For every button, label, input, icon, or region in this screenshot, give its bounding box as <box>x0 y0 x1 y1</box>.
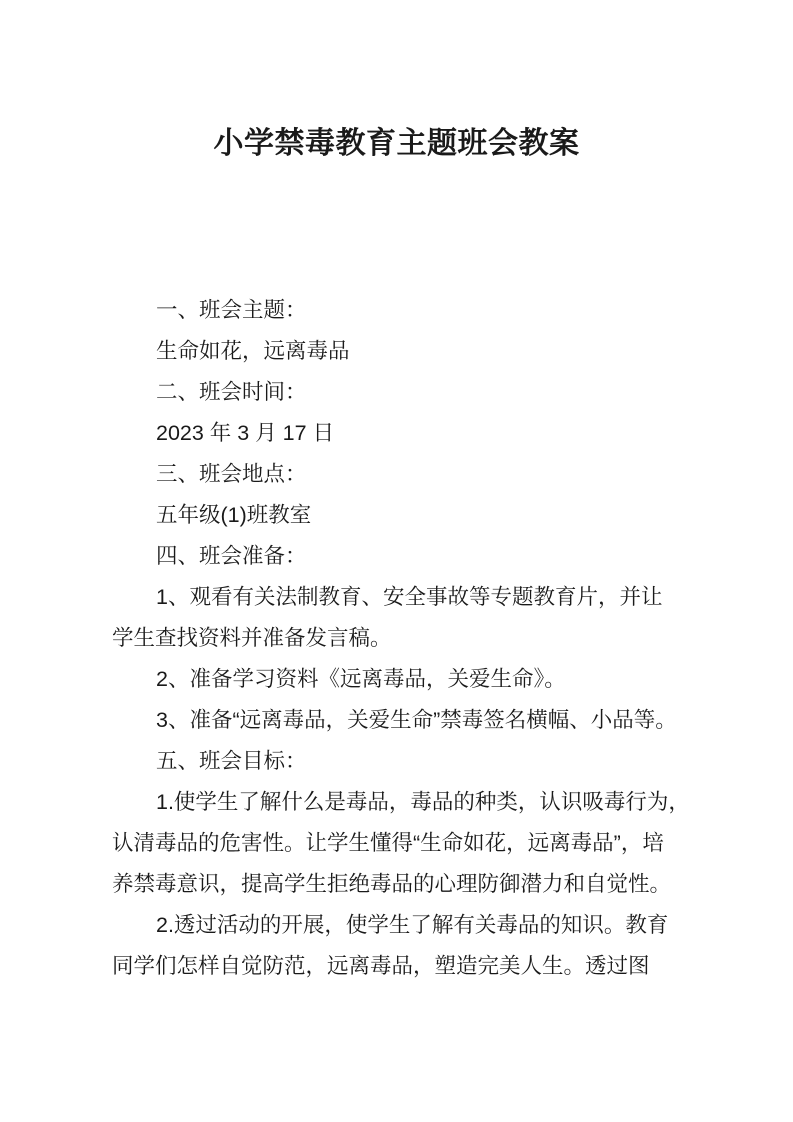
paragraph-preparation-heading: 四、班会准备： <box>112 536 793 577</box>
document-title: 小学禁毒教育主题班会教案 <box>0 0 793 164</box>
document-body: 一、班会主题： 生命如花，远离毒品 二、班会时间： 2023 年 3 月 17 … <box>112 290 793 987</box>
paragraph-topic-value: 生命如花，远离毒品 <box>112 331 793 372</box>
paragraph-place-heading: 三、班会地点： <box>112 454 793 495</box>
text-line: 1.使学生了解什么是毒品，毒品的种类，认识吸毒行为， <box>112 782 793 823</box>
text-line: 养禁毒意识，提高学生拒绝毒品的心理防御潜力和自觉性。 <box>112 864 793 905</box>
text-line: 2、准备学习资料《远离毒品，关爱生命》。 <box>112 659 793 700</box>
paragraph-place-value: 五年级(1)班教室 <box>112 495 793 536</box>
text-line: 五年级(1)班教室 <box>112 495 793 536</box>
text-line: 1、观看有关法制教育、安全事故等专题教育片，并让 <box>112 577 793 618</box>
paragraph-goals-heading: 五、班会目标： <box>112 741 793 782</box>
text-line: 三、班会地点： <box>112 454 793 495</box>
text-line: 3、准备“远离毒品，关爱生命”禁毒签名横幅、小品等。 <box>112 700 793 741</box>
paragraph-time-heading: 二、班会时间： <box>112 372 793 413</box>
text-line: 一、班会主题： <box>112 290 793 331</box>
paragraph-preparation-item-3: 3、准备“远离毒品，关爱生命”禁毒签名横幅、小品等。 <box>112 700 793 741</box>
text-line: 认清毒品的危害性。让学生懂得“生命如花，远离毒品”，培 <box>112 823 793 864</box>
text-line: 生命如花，远离毒品 <box>112 331 793 372</box>
paragraph-topic-heading: 一、班会主题： <box>112 290 793 331</box>
text-line: 二、班会时间： <box>112 372 793 413</box>
text-line: 五、班会目标： <box>112 741 793 782</box>
paragraph-preparation-item-1: 1、观看有关法制教育、安全事故等专题教育片，并让 学生查找资料并准备发言稿。 <box>112 577 793 659</box>
paragraph-time-value: 2023 年 3 月 17 日 <box>112 413 793 454</box>
text-line: 2023 年 3 月 17 日 <box>112 413 793 454</box>
text-line: 同学们怎样自觉防范，远离毒品，塑造完美人生。透过图 <box>112 946 793 987</box>
paragraph-goal-1: 1.使学生了解什么是毒品，毒品的种类，认识吸毒行为， 认清毒品的危害性。让学生懂… <box>112 782 793 905</box>
paragraph-goal-2: 2.透过活动的开展，使学生了解有关毒品的知识。教育 同学们怎样自觉防范，远离毒品… <box>112 905 793 987</box>
text-line: 2.透过活动的开展，使学生了解有关毒品的知识。教育 <box>112 905 793 946</box>
text-line: 学生查找资料并准备发言稿。 <box>112 618 793 659</box>
paragraph-preparation-item-2: 2、准备学习资料《远离毒品，关爱生命》。 <box>112 659 793 700</box>
document-page: 小学禁毒教育主题班会教案 一、班会主题： 生命如花，远离毒品 二、班会时间： 2… <box>0 0 793 1122</box>
text-line: 四、班会准备： <box>112 536 793 577</box>
